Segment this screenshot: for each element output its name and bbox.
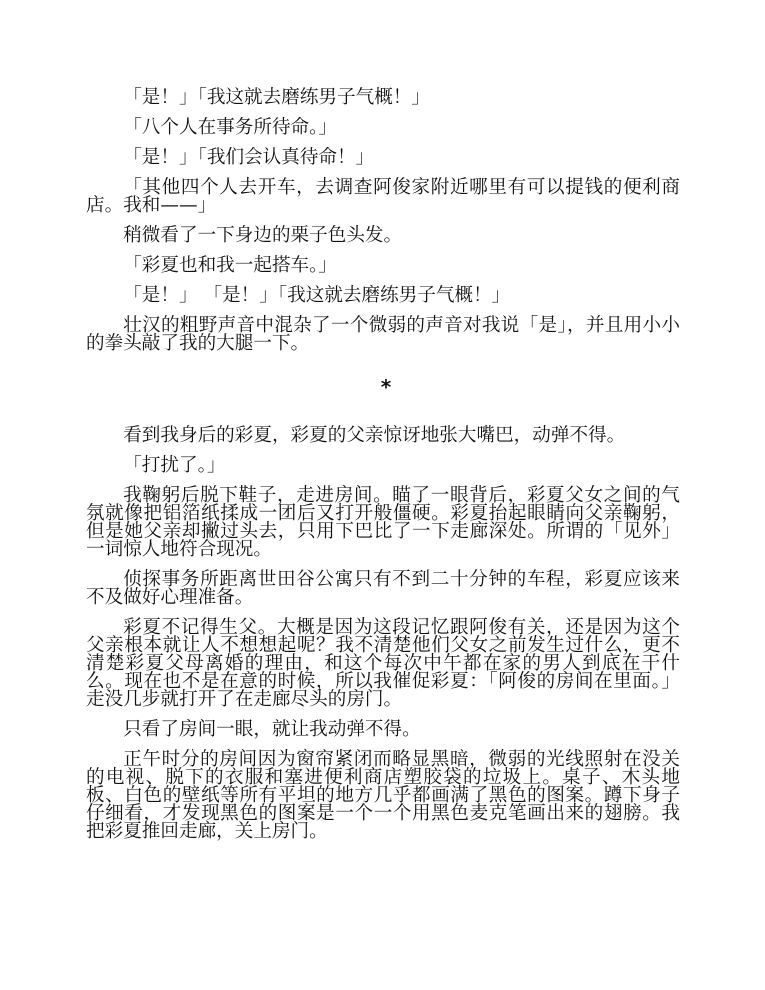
paragraph: 壮汉的粗野声音中混杂了一个微弱的声音对我说「是」，并且用小小的拳头敲了我的大腿一… (86, 317, 680, 353)
paragraph: 看到我身后的彩夏，彩夏的父亲惊讶地张大嘴巴，动弹不得。 (86, 427, 680, 445)
document-page: 「是！」「我这就去磨练男子气概！」 「八个人在事务所待命。」 「是！」「我们会认… (86, 89, 680, 853)
paragraph: 彩夏不记得生父。大概是因为这段记忆跟阿俊有关，还是因为这个父亲根本就让人不想想起… (86, 619, 680, 709)
paragraph: 「是！」「我们会认真待命！」 (86, 149, 680, 167)
paragraph: 「是！」 「是！」「我这就去磨练男子气概！」 (86, 287, 680, 305)
paragraph: 「彩夏也和我一起搭车。」 (86, 257, 680, 275)
paragraph: 「其他四个人去开车，去调查阿俊家附近哪里有可以提钱的便利商店。我和——」 (86, 179, 680, 215)
paragraph: 只看了房间一眼，就让我动弹不得。 (86, 721, 680, 739)
paragraph: 「打扰了。」 (86, 457, 680, 475)
paragraph: 「是！」「我这就去磨练男子气概！」 (86, 89, 680, 107)
paragraph: 「八个人在事务所待命。」 (86, 119, 680, 137)
paragraph: 侦探事务所距离世田谷公寓只有不到二十分钟的车程，彩夏应该来不及做好心理准备。 (86, 571, 680, 607)
paragraph: 正午时分的房间因为窗帘紧闭而略显黑暗，微弱的光线照射在没关的电视、脱下的衣服和塞… (86, 751, 680, 841)
paragraph: 我鞠躬后脱下鞋子，走进房间。瞄了一眼背后，彩夏父女之间的气氛就像把铝箔纸揉成一团… (86, 487, 680, 559)
paragraph: 稍微看了一下身边的栗子色头发。 (86, 227, 680, 245)
section-separator: * (86, 377, 680, 397)
